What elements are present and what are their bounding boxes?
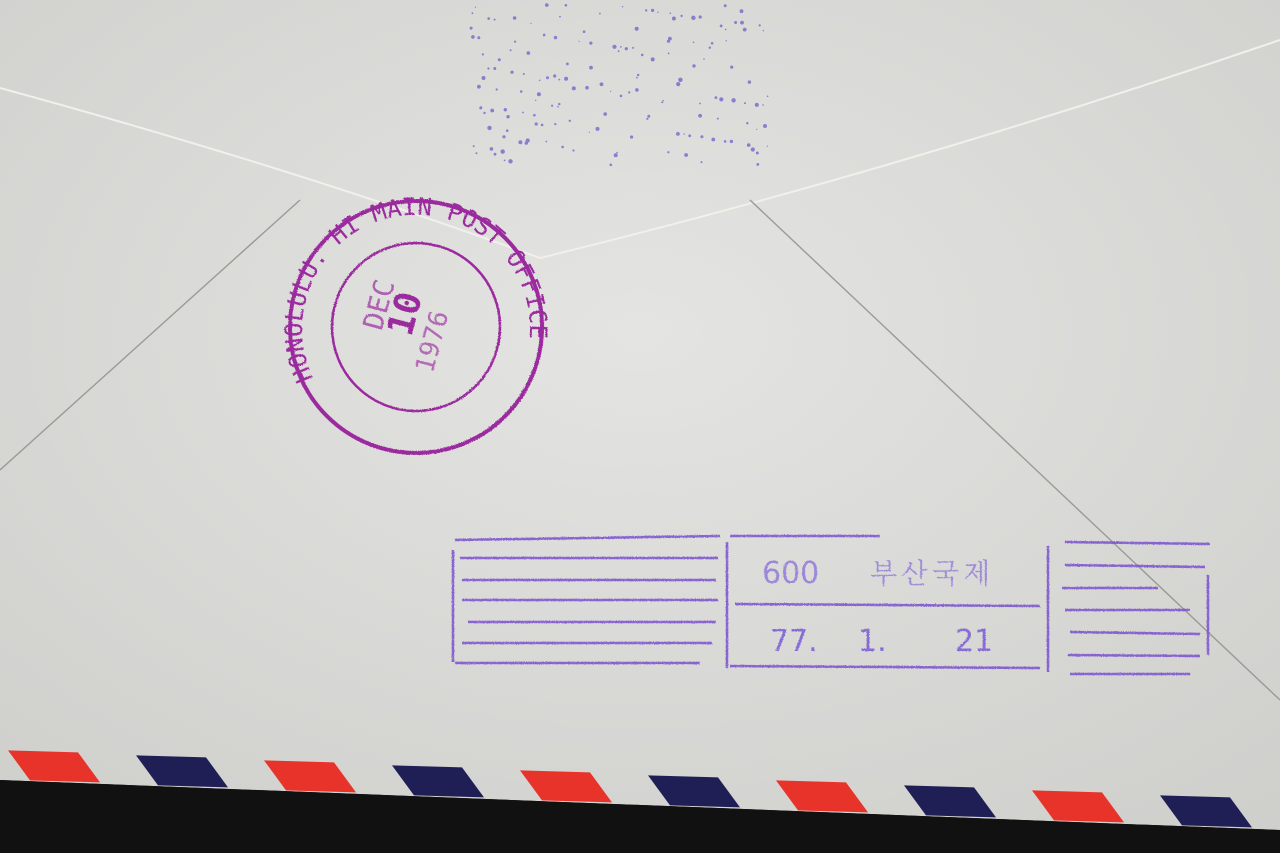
post-office-name: 부산국제 — [870, 557, 994, 590]
envelope-photo: HONOLULU. HI MAIN POST OFFICE 1976 10 DE… — [0, 0, 1280, 853]
envelope-paper — [0, 0, 1280, 830]
date-year: 77. — [770, 624, 818, 659]
date-month: 1. — [858, 624, 887, 659]
postal-code: 600 — [762, 556, 819, 591]
date-day: 21 — [955, 624, 993, 659]
